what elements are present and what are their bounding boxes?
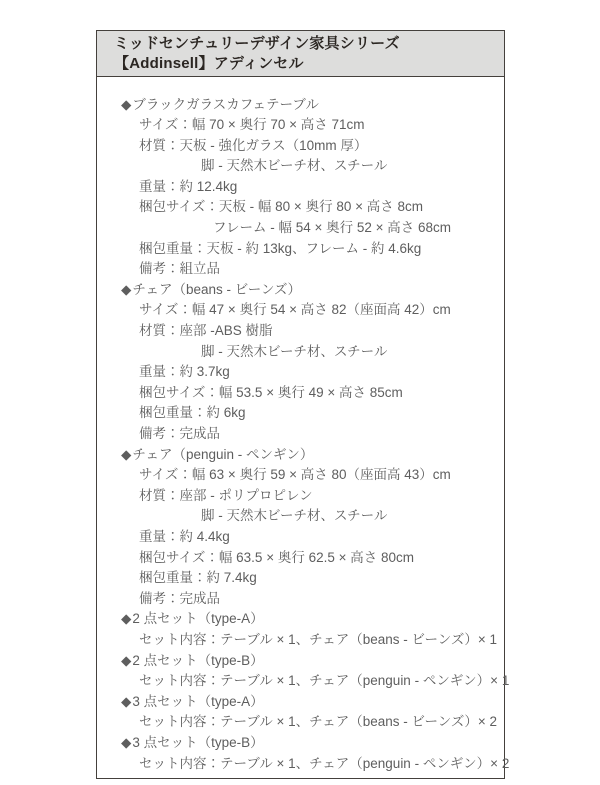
spec-line: サイズ：幅 47 × 奥行 54 × 高さ 82（座面高 42）cm bbox=[97, 300, 504, 321]
spec-line: 梱包サイズ：天板 - 幅 80 × 奥行 80 × 高さ 8cm bbox=[97, 197, 504, 218]
spec-line: セット内容：テーブル × 1、チェア（penguin - ペンギン）× 2 bbox=[97, 754, 504, 775]
spec-line: 備考：完成品 bbox=[97, 424, 504, 445]
spec-line: 脚 - 天然木ビーチ材、スチール bbox=[97, 506, 504, 527]
section-title: ◆チェア（beans - ビーンズ） bbox=[97, 280, 504, 301]
product-name: 【Addinsell】アディンセル bbox=[114, 54, 494, 74]
section-title: ◆3 点セット（type-B） bbox=[97, 733, 504, 754]
spec-line: 材質：座部 -ABS 樹脂 bbox=[97, 321, 504, 342]
spec-line: セット内容：テーブル × 1、チェア（beans - ビーンズ）× 2 bbox=[97, 712, 504, 733]
spec-line: セット内容：テーブル × 1、チェア（beans - ビーンズ）× 1 bbox=[97, 630, 504, 651]
section-title-label: ブラックガラスカフェテーブル bbox=[132, 97, 318, 112]
spec-line: サイズ：幅 63 × 奥行 59 × 高さ 80（座面高 43）cm bbox=[97, 465, 504, 486]
spec-line: 脚 - 天然木ビーチ材、スチール bbox=[97, 156, 504, 177]
spec-line: 材質：座部 - ポリプロピレン bbox=[97, 486, 504, 507]
diamond-bullet-icon: ◆ bbox=[121, 609, 131, 630]
diamond-bullet-icon: ◆ bbox=[121, 95, 131, 116]
section-title-label: チェア（penguin - ペンギン） bbox=[132, 447, 313, 462]
spec-line: 備考：完成品 bbox=[97, 589, 504, 610]
diamond-bullet-icon: ◆ bbox=[121, 445, 131, 466]
spec-line: 梱包重量：約 7.4kg bbox=[97, 568, 504, 589]
spec-line: セット内容：テーブル × 1、チェア（penguin - ペンギン）× 1 bbox=[97, 671, 504, 692]
diamond-bullet-icon: ◆ bbox=[121, 651, 131, 672]
section-title: ◆2 点セット（type-A） bbox=[97, 609, 504, 630]
section-title-label: 3 点セット（type-B） bbox=[132, 735, 263, 750]
section-title-label: チェア（beans - ビーンズ） bbox=[132, 282, 301, 297]
spec-list: ◆ブラックガラスカフェテーブルサイズ：幅 70 × 奥行 70 × 高さ 71c… bbox=[97, 77, 504, 775]
spec-line: 脚 - 天然木ビーチ材、スチール bbox=[97, 342, 504, 363]
product-spec-panel: ミッドセンチュリーデザイン家具シリーズ 【Addinsell】アディンセル ◆ブ… bbox=[96, 30, 505, 779]
diamond-bullet-icon: ◆ bbox=[121, 733, 131, 754]
spec-line: 重量：約 12.4kg bbox=[97, 177, 504, 198]
spec-line: 材質：天板 - 強化ガラス（10mm 厚） bbox=[97, 136, 504, 157]
spec-line: フレーム - 幅 54 × 奥行 52 × 高さ 68cm bbox=[97, 218, 504, 239]
panel-header: ミッドセンチュリーデザイン家具シリーズ 【Addinsell】アディンセル bbox=[97, 31, 504, 77]
section-title-label: 3 点セット（type-A） bbox=[132, 694, 263, 709]
diamond-bullet-icon: ◆ bbox=[121, 280, 131, 301]
section-title: ◆ブラックガラスカフェテーブル bbox=[97, 95, 504, 116]
spec-line: 梱包重量：約 6kg bbox=[97, 403, 504, 424]
spec-line: 梱包サイズ：幅 63.5 × 奥行 62.5 × 高さ 80cm bbox=[97, 548, 504, 569]
section-title: ◆チェア（penguin - ペンギン） bbox=[97, 445, 504, 466]
section-title: ◆3 点セット（type-A） bbox=[97, 692, 504, 713]
page: { "colors": { "panel_border": "#44403c",… bbox=[0, 0, 600, 785]
section-title: ◆2 点セット（type-B） bbox=[97, 651, 504, 672]
spec-line: 梱包サイズ：幅 53.5 × 奥行 49 × 高さ 85cm bbox=[97, 383, 504, 404]
section-title-label: 2 点セット（type-A） bbox=[132, 611, 263, 626]
series-title: ミッドセンチュリーデザイン家具シリーズ bbox=[114, 34, 494, 54]
section-title-label: 2 点セット（type-B） bbox=[132, 653, 263, 668]
spec-line: サイズ：幅 70 × 奥行 70 × 高さ 71cm bbox=[97, 115, 504, 136]
spec-line: 備考：組立品 bbox=[97, 259, 504, 280]
spec-line: 重量：約 4.4kg bbox=[97, 527, 504, 548]
spec-line: 重量：約 3.7kg bbox=[97, 362, 504, 383]
diamond-bullet-icon: ◆ bbox=[121, 692, 131, 713]
spec-line: 梱包重量：天板 - 約 13kg、フレーム - 約 4.6kg bbox=[97, 239, 504, 260]
